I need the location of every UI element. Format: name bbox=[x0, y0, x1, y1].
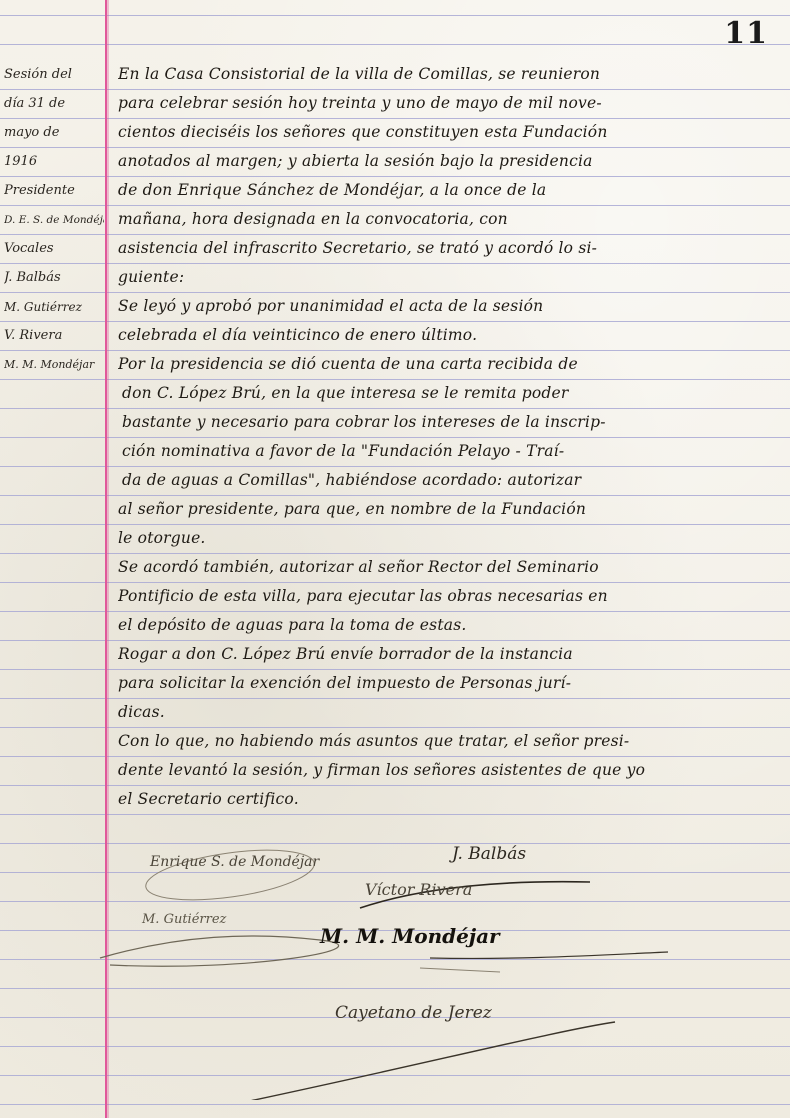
signature-secretary: Cayetano de Jerez bbox=[335, 1003, 492, 1023]
margin-note-year: 1916 bbox=[4, 149, 104, 178]
text-line: le otorgue. bbox=[118, 526, 780, 555]
margin-note-president-name: D. E. S. de Mondéjar bbox=[4, 207, 104, 236]
text-line: el depósito de aguas para la toma de est… bbox=[118, 613, 780, 642]
margin-note-vocal-1: J. Balbás bbox=[4, 265, 104, 294]
margin-note-vocal-4: M. M. Mondéjar bbox=[4, 352, 104, 381]
text-line: el Secretario certifico. bbox=[118, 787, 780, 816]
signature-vocal-mondejar: M. M. Mondéjar bbox=[320, 924, 500, 948]
text-line: En la Casa Consistorial de la villa de C… bbox=[118, 62, 780, 91]
text-line: celebrada el día veinticinco de enero úl… bbox=[118, 323, 780, 352]
text-line: dente levantó la sesión, y firman los se… bbox=[118, 758, 780, 787]
text-line: don C. López Brú, en la que interesa se … bbox=[118, 381, 780, 410]
text-line: Por la presidencia se dió cuenta de una … bbox=[118, 352, 780, 381]
margin-note-session: Sesión del bbox=[4, 62, 104, 91]
text-line: Rogar a don C. López Brú envíe borrador … bbox=[118, 642, 780, 671]
margin-note-day: día 31 de bbox=[4, 91, 104, 120]
text-line: guiente: bbox=[118, 265, 780, 294]
text-line: bastante y necesario para cobrar los int… bbox=[118, 410, 780, 439]
text-line: Pontificio de esta villa, para ejecutar … bbox=[118, 584, 780, 613]
margin-note-vocales-label: Vocales bbox=[4, 236, 104, 265]
text-line: al señor presidente, para que, en nombre… bbox=[118, 497, 780, 526]
page-number: 11 bbox=[724, 16, 768, 51]
minutes-body: En la Casa Consistorial de la villa de C… bbox=[118, 62, 780, 816]
text-line: ción nominativa a favor de la "Fundación… bbox=[118, 439, 780, 468]
signature-vocal-balbas: J. Balbás bbox=[452, 844, 526, 864]
text-line: de don Enrique Sánchez de Mondéjar, a la… bbox=[118, 178, 780, 207]
text-line: anotados al margen; y abierta la sesión … bbox=[118, 149, 780, 178]
margin-note-month: mayo de bbox=[4, 120, 104, 149]
text-line: dicas. bbox=[118, 700, 780, 729]
text-line: Con lo que, no habiendo más asuntos que … bbox=[118, 729, 780, 758]
margin-note-vocal-2: M. Gutiérrez bbox=[4, 294, 104, 323]
text-line: asistencia del infrascrito Secretario, s… bbox=[118, 236, 780, 265]
ledger-page: 11 Sesión del día 31 de mayo de 1916 Pre… bbox=[0, 0, 790, 1118]
signature-flourishes-icon bbox=[0, 840, 790, 1100]
signature-vocal-gutierrez: M. Gutiérrez bbox=[142, 912, 226, 927]
text-line: para solicitar la exención del impuesto … bbox=[118, 671, 780, 700]
text-line: Se acordó también, autorizar al señor Re… bbox=[118, 555, 780, 584]
text-line: Se leyó y aprobó por unanimidad el acta … bbox=[118, 294, 780, 323]
margin-notes: Sesión del día 31 de mayo de 1916 Presid… bbox=[4, 62, 104, 381]
margin-note-vocal-3: V. Rivera bbox=[4, 323, 104, 352]
text-line: mañana, hora designada en la convocatori… bbox=[118, 207, 780, 236]
margin-note-president-label: Presidente bbox=[4, 178, 104, 207]
text-line: para celebrar sesión hoy treinta y uno d… bbox=[118, 91, 780, 120]
text-line: da de aguas a Comillas", habiéndose acor… bbox=[118, 468, 780, 497]
signature-president: Enrique S. de Mondéjar bbox=[150, 854, 319, 870]
text-line: cientos dieciséis los señores que consti… bbox=[118, 120, 780, 149]
signature-block: Enrique S. de Mondéjar J. Balbás Víctor … bbox=[0, 840, 790, 1100]
signature-vocal-rivera: Víctor Rivera bbox=[365, 880, 472, 899]
